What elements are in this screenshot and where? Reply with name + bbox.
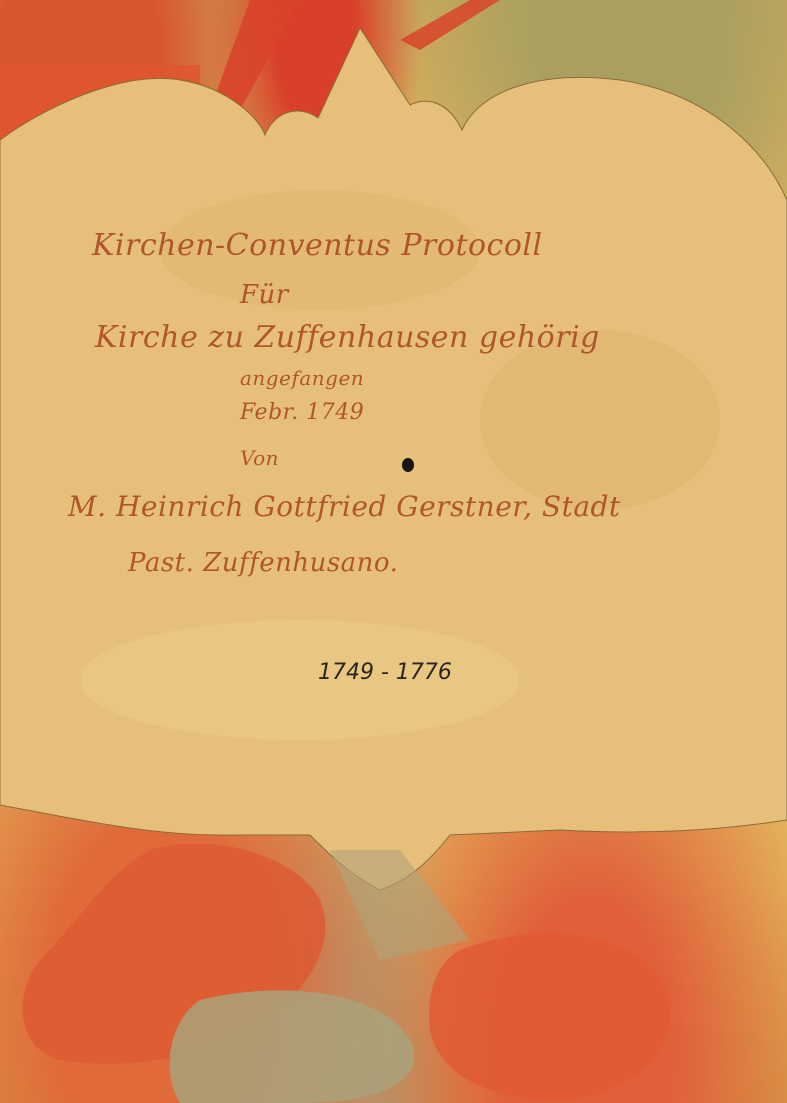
title-line-3: Kirche zu Zuffenhausen gehörig [95,320,600,355]
title-line-7: M. Heinrich Gottfried Gerstner, Stadt [68,490,621,523]
title-line-1: Kirchen-Conventus Protocoll [92,228,543,263]
title-line-4: angefangen [240,366,364,390]
document-page: Kirchen-Conventus Protocoll Für Kirche z… [0,0,787,1103]
title-line-8: Past. Zuffenhusano. [128,548,398,578]
ink-blot [402,458,414,472]
title-line-5: Febr. 1749 [240,400,364,425]
title-line-2: Für [240,280,289,310]
pencil-date-annotation: 1749 - 1776 [318,660,452,685]
title-line-6: Von [240,446,279,470]
